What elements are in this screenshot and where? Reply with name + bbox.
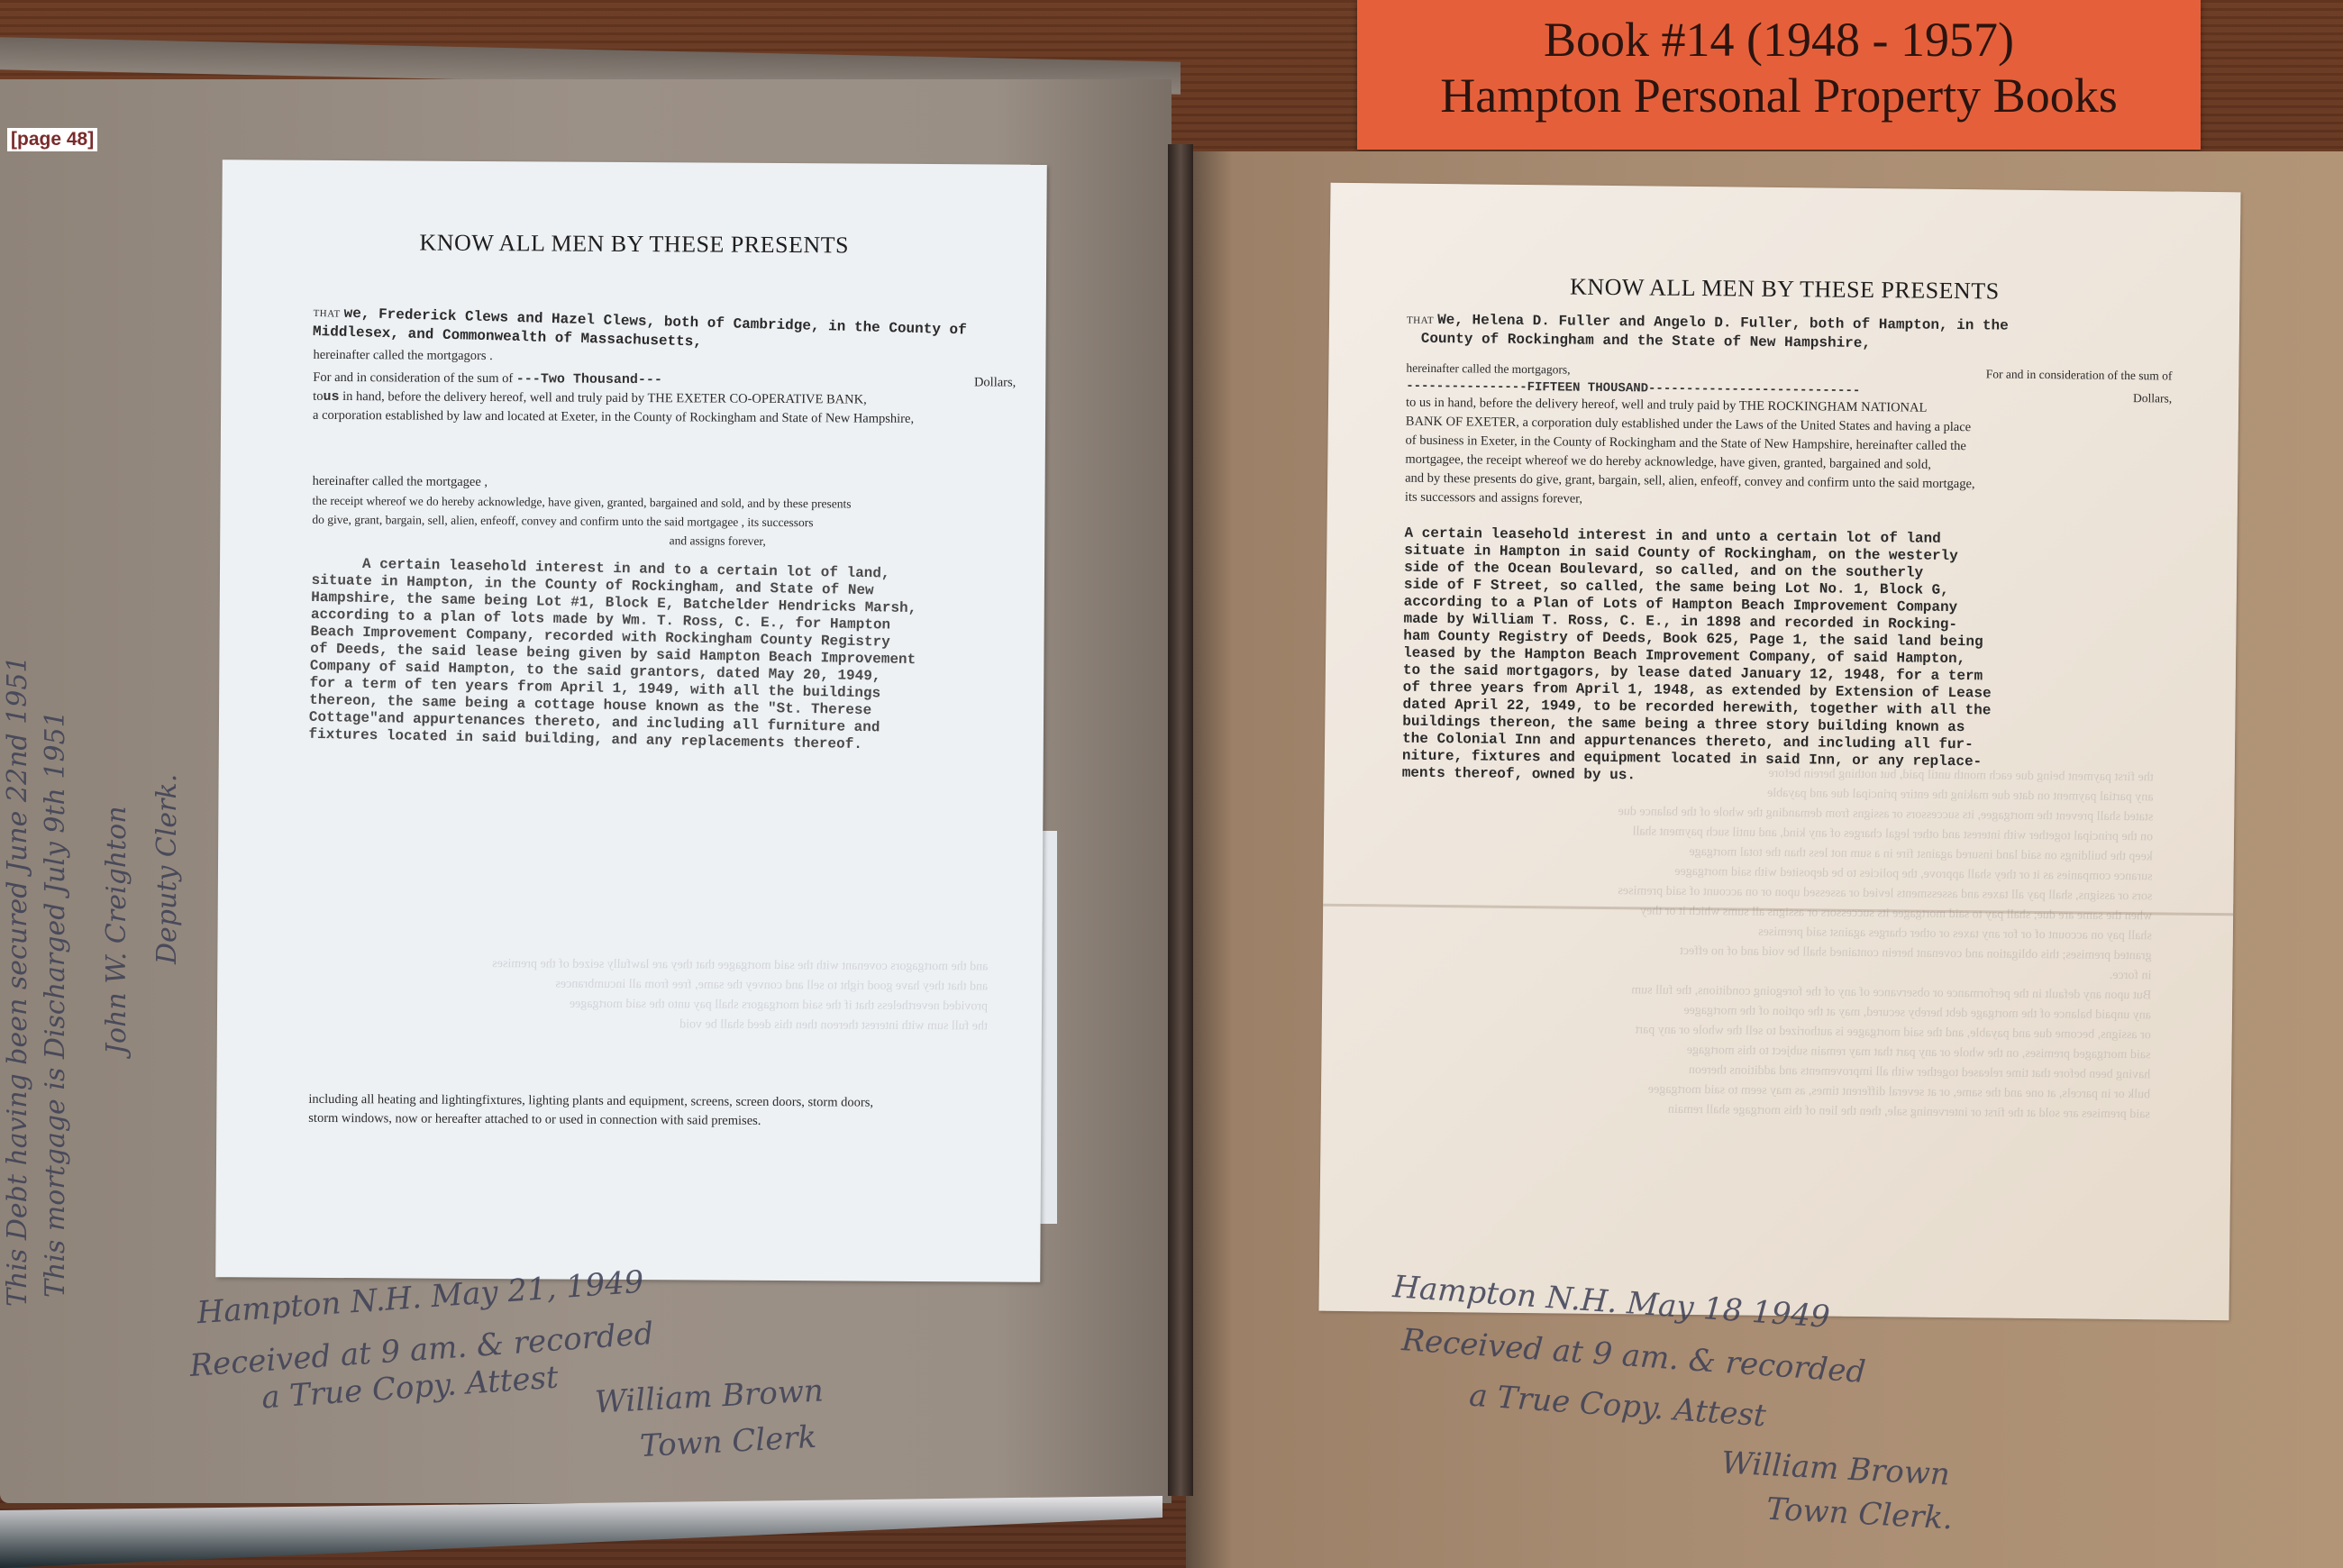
handwritten-title: Deputy Clerk. (151, 774, 183, 964)
to-typed: us (323, 389, 339, 405)
document-title: KNOW ALL MEN BY THESE PRESENTS (1329, 271, 2239, 308)
consideration-amount: ---Two Thousand--- (516, 371, 662, 387)
book-spine (1168, 144, 1193, 1496)
to-prefix: to (313, 389, 323, 404)
bleed-through-text: and the mortgagors covenant with the sai… (289, 953, 989, 1037)
handwritten-signature: John W. Creighton (101, 806, 132, 1054)
paid-by-line: in hand, before the delivery hereof, wel… (342, 389, 867, 407)
assigns-line: and assigns forever, (312, 529, 1015, 552)
dollars-label: Dollars, (974, 373, 1016, 392)
leasehold-description: A certain leasehold interest in and unto… (1402, 525, 2171, 790)
closing-line: storm windows, now or hereafter attached… (308, 1109, 1020, 1133)
left-mortgage-document: and the mortgagors covenant with the sai… (215, 160, 1047, 1282)
document-title: KNOW ALL MEN BY THESE PRESENTS (222, 228, 1046, 260)
grantors-text: we, Frederick Clews and Hazel Clews, bot… (313, 305, 967, 351)
leasehold-description: A certain leasehold interest in and to a… (308, 555, 1015, 756)
closing-clause: including all heating and lightingfixtur… (308, 1090, 1020, 1133)
bleed-through-text: the first payment being due each month u… (1384, 760, 2154, 1125)
right-mortgage-document: the first payment being due each month u… (1318, 183, 2240, 1321)
book-label-card: Book #14 (1948 - 1957) Hampton Personal … (1357, 0, 2201, 150)
book-label-line1: Book #14 (1948 - 1957) (1357, 13, 2201, 67)
dollars-label: Dollars, (2133, 388, 2172, 407)
handwritten-line: This Debt having been secured June 22nd … (2, 656, 33, 1308)
book-label-line2: Hampton Personal Property Books (1357, 67, 2201, 124)
page-number-tag: [page 48] (7, 128, 97, 151)
mortgagors-line: hereinafter called the mortgagors, (1406, 361, 1570, 377)
handwritten-line: This mortgage is Discharged July 9th 195… (40, 710, 71, 1298)
mortgage-body-text: to us in hand, before the delivery hereo… (1405, 394, 2172, 515)
grantors-text-line1: We, Helena D. Fuller and Angelo D. Fulle… (1437, 312, 2009, 334)
that-label: THAT (313, 308, 340, 320)
consideration-prefix: For and in consideration of the sum of (313, 370, 513, 386)
that-label: THAT (1407, 315, 1434, 326)
consideration-prefix: For and in consideration of the sum of (1986, 364, 2173, 385)
